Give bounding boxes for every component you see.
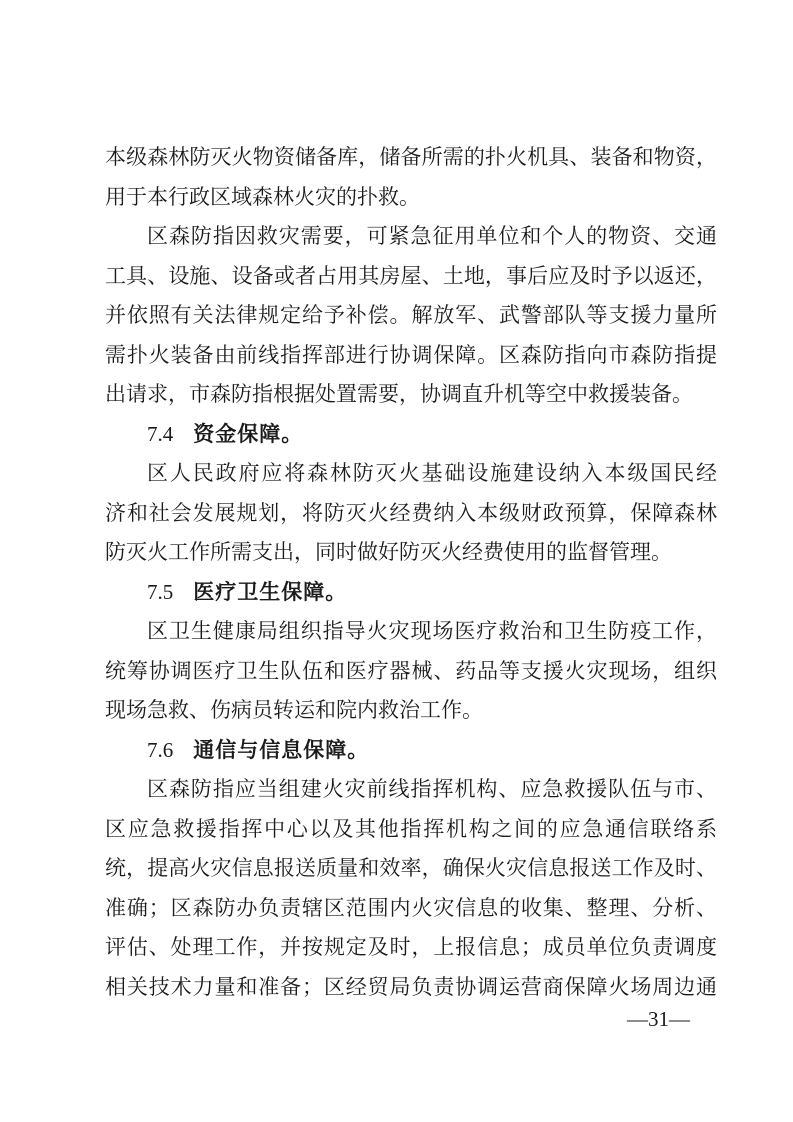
body-text-line: 准确；区森防办负责辖区范围内火灾信息的收集、整理、分析、 [105, 889, 717, 929]
section-heading-7-6: 7.6通信与信息保障。 [105, 731, 717, 771]
section-number: 7.5 [147, 580, 173, 604]
page-number: —31— [627, 1006, 690, 1032]
body-text-line: 防灭火工作所需支出，同时做好防灭火经费使用的监督管理。 [105, 533, 717, 573]
body-text-line: 区人民政府应将森林防灭火基础设施建设纳入本级国民经 [105, 454, 717, 494]
body-text-line: 相关技术力量和准备；区经贸局负责协调运营商保障火场周边通 [105, 968, 717, 1008]
paragraph-medical-guarantee: 区卫生健康局组织指导火灾现场医疗救治和卫生防疫工作，统筹协调医疗卫生队伍和医疗器… [105, 612, 717, 731]
body-text-line: 统，提高火灾信息报送质量和效率，确保火灾信息报送工作及时、 [105, 849, 717, 889]
paragraph-emergency-requisition: 区森防指因救灾需要，可紧急征用单位和个人的物资、交通工具、设施、设备或者占用其房… [105, 217, 717, 415]
body-text-line: 济和社会发展规划，将防灭火经费纳入本级财政预算，保障森林 [105, 494, 717, 534]
body-text-line: 区应急救援指挥中心以及其他指挥机构之间的应急通信联络系 [105, 810, 717, 850]
paragraph-funding-guarantee: 区人民政府应将森林防灭火基础设施建设纳入本级国民经济和社会发展规划，将防灭火经费… [105, 454, 717, 573]
body-text-line: 现场急救、伤病员转运和院内救治工作。 [105, 691, 717, 731]
body-text-line: 并依照有关法律规定给予补偿。解放军、武警部队等支援力量所 [105, 296, 717, 336]
body-text-line: 评估、处理工作，并按规定及时，上报信息；成员单位负责调度 [105, 928, 717, 968]
section-number: 7.4 [147, 422, 173, 446]
body-text-line: 工具、设施、设备或者占用其房屋、土地，事后应及时予以返还， [105, 257, 717, 297]
section-number: 7.6 [147, 738, 173, 762]
body-text-line: 用于本行政区域森林火灾的扑救。 [105, 178, 717, 218]
document-body: 本级森林防灭火物资储备库，储备所需的扑火机具、装备和物资，用于本行政区域森林火灾… [105, 138, 717, 1007]
section-heading-7-4: 7.4资金保障。 [105, 415, 717, 455]
paragraph-communication-guarantee: 区森防指应当组建火灾前线指挥机构、应急救援队伍与市、区应急救援指挥中心以及其他指… [105, 770, 717, 1007]
section-heading-7-5: 7.5医疗卫生保障。 [105, 573, 717, 613]
body-text-line: 需扑火装备由前线指挥部进行协调保障。区森防指向市森防指提 [105, 336, 717, 376]
document-page: 本级森林防灭火物资储备库，储备所需的扑火机具、装备和物资，用于本行政区域森林火灾… [0, 0, 793, 1122]
body-text-line: 区卫生健康局组织指导火灾现场医疗救治和卫生防疫工作， [105, 612, 717, 652]
body-text-line: 统筹协调医疗卫生队伍和医疗器械、药品等支援火灾现场，组织 [105, 652, 717, 692]
body-text-line: 本级森林防灭火物资储备库，储备所需的扑火机具、装备和物资， [105, 138, 717, 178]
section-title: 通信与信息保障。 [193, 739, 369, 762]
section-title: 资金保障。 [193, 423, 303, 446]
body-text-line: 区森防指应当组建火灾前线指挥机构、应急救援队伍与市、 [105, 770, 717, 810]
body-text-line: 出请求，市森防指根据处置需要，协调直升机等空中救援装备。 [105, 375, 717, 415]
section-title: 医疗卫生保障。 [193, 581, 347, 604]
paragraph-material-reserve: 本级森林防灭火物资储备库，储备所需的扑火机具、装备和物资，用于本行政区域森林火灾… [105, 138, 717, 217]
body-text-line: 区森防指因救灾需要，可紧急征用单位和个人的物资、交通 [105, 217, 717, 257]
